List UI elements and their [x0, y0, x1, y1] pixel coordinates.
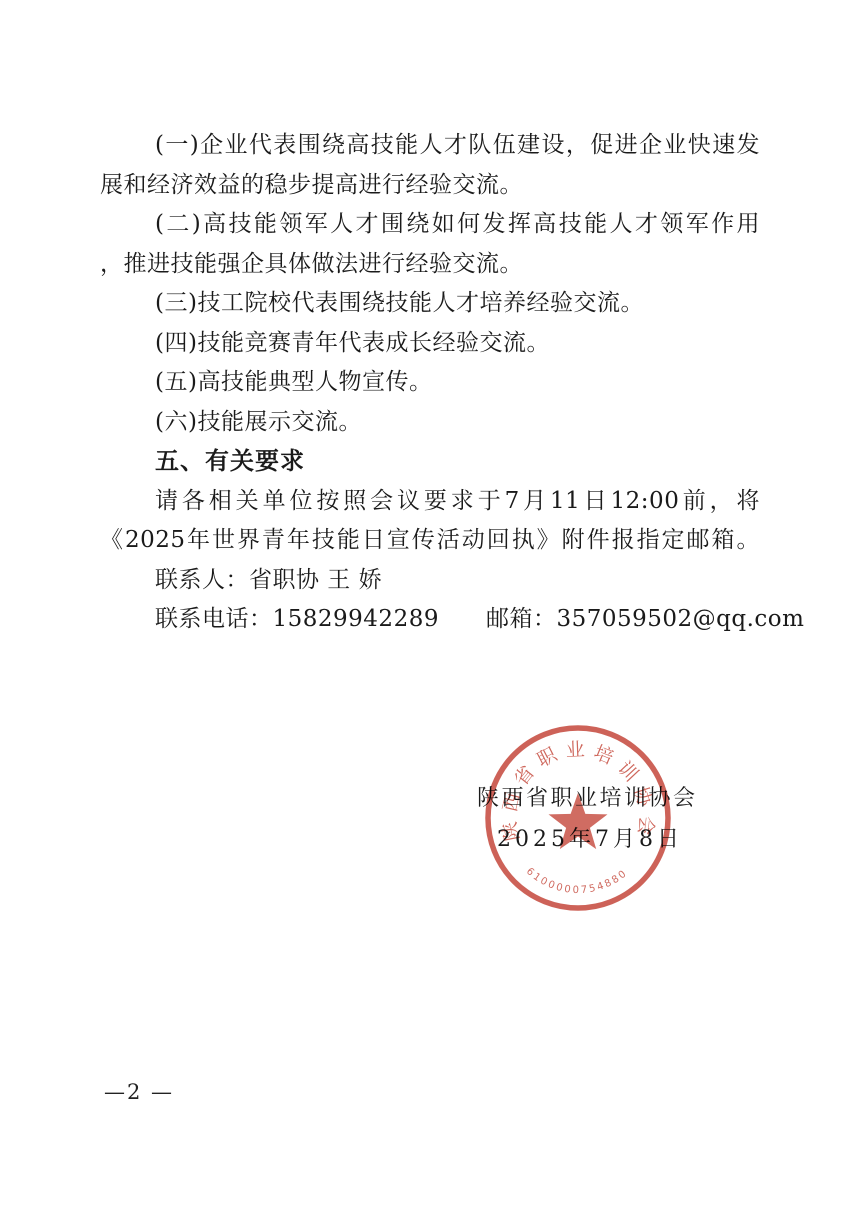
- body-line: 展和经济效益的稳步提高进行经验交流。: [100, 166, 760, 206]
- body-line: (一)企业代表围绕高技能人才队伍建设，促进企业快速发: [100, 126, 760, 166]
- seal-code-container: 6100000754880: [524, 866, 629, 896]
- body-line: 请各相关单位按照会议要求于7月11日12:00前，将: [100, 482, 760, 522]
- official-seal: 陕西省职业培训协会 6100000754880: [478, 718, 678, 918]
- body-line: ，推进技能强企具体做法进行经验交流。: [100, 245, 760, 285]
- document-body: (一)企业代表围绕高技能人才队伍建设，促进企业快速发 展和经济效益的稳步提高进行…: [100, 126, 760, 640]
- official-seal-graphic: 陕西省职业培训协会 6100000754880: [478, 718, 678, 918]
- seal-ring: [488, 728, 668, 908]
- contact-phone-email-line: 联系电话：15829942289 邮箱：357059502@qq.com: [100, 600, 760, 640]
- body-line: (四)技能竞赛青年代表成长经验交流。: [100, 324, 760, 364]
- document-page: (一)企业代表围绕高技能人才队伍建设，促进企业快速发 展和经济效益的稳步提高进行…: [0, 0, 860, 1216]
- body-line: (五)高技能典型人物宣传。: [100, 363, 760, 403]
- signature-org: 陕西省职业培训协会: [477, 781, 698, 812]
- page-number: —2 —: [104, 1080, 174, 1104]
- section-heading: 五、有关要求: [100, 442, 760, 482]
- body-line: (二)高技能领军人才围绕如何发挥高技能人才领军作用: [100, 205, 760, 245]
- body-line: (六)技能展示交流。: [100, 403, 760, 443]
- seal-code: 6100000754880: [524, 866, 629, 896]
- body-line: 《2025年世界青年技能日宣传活动回执》附件报指定邮箱。: [100, 521, 760, 561]
- signature-date: 2025年7月8日: [497, 822, 683, 853]
- contact-person-line: 联系人：省职协 王 娇: [100, 561, 760, 601]
- body-line: (三)技工院校代表围绕技能人才培养经验交流。: [100, 284, 760, 324]
